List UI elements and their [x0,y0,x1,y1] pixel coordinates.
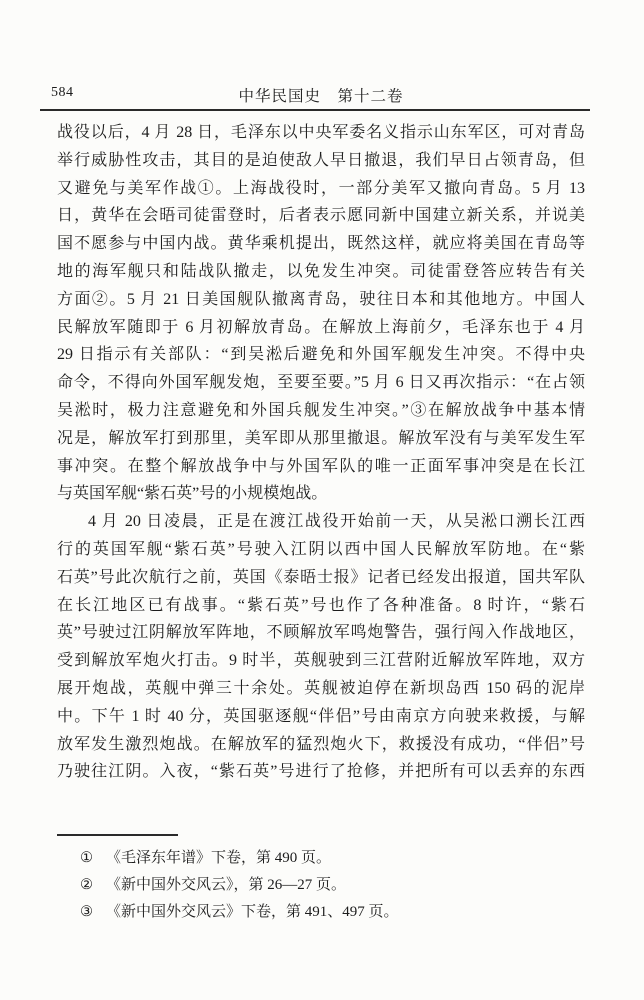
text-line: 在长江地区已有战事。“紫石英”号也作了各种准备。8 时许，“紫石 [57,592,585,620]
footnotes: ①《毛泽东年谱》下卷，第 490 页。②《新中国外交风云》，第 26—27 页。… [57,845,585,926]
header-rule [40,109,590,111]
footnote-item: ②《新中国外交风云》，第 26—27 页。 [57,872,585,899]
text-line: 展开炮战，英舰中弹三十余处。英舰被迫停在新坝岛西 150 码的泥岸 [57,675,585,703]
text-line: 与英国军舰“紫石英”号的小规模炮战。 [57,480,585,508]
text-line: 命令，不得向外国军舰发炮，至要至要。”5 月 6 日又再次指示：“在占领 [57,369,585,397]
footnote-item: ①《毛泽东年谱》下卷，第 490 页。 [57,845,585,872]
footnote-marker: ③ [80,899,93,926]
text-line: 举行威胁性攻击，其目的是迫使敌人早日撤退，我们早日占领青岛，但 [57,147,585,175]
footnote-text: 《新中国外交风云》，第 26—27 页。 [106,872,585,899]
text-line: 地的海军舰只和陆战队撤走，以免发生冲突。司徒雷登答应转告有关 [57,258,585,286]
text-line: 吴淞时，极力注意避免和外国兵舰发生冲突。”③在解放战争中基本情 [57,397,585,425]
text-line: 29 日指示有关部队：“到吴淞后避免和外国军舰发生冲突。不得中央 [57,341,585,369]
footnote-item: ③《新中国外交风云》下卷，第 491、497 页。 [57,899,585,926]
running-head: 584 中华民国史 第十二卷 [57,84,585,104]
book-page: 584 中华民国史 第十二卷 战役以后，4 月 28 日，毛泽东以中央军委名义指… [0,0,644,1000]
text-line: 石英”号此次航行之前，英国《泰晤士报》记者已经发出报道，国共军队 [57,564,585,592]
text-line: 4 月 20 日凌晨，正是在渡江战役开始前一天，从吴淞口溯长江西 [57,508,585,536]
text-line: 日，黄华在会晤司徒雷登时，后者表示愿同新中国建立新关系，并说美 [57,202,585,230]
text-line: 事冲突。在整个解放战争中与外国军队的唯一正面军事冲突是在长江 [57,453,585,481]
footnote-marker: ② [80,872,93,899]
text-line: 民解放军随即于 6 月初解放青岛。在解放上海前夕，毛泽东也于 4 月 [57,314,585,342]
body-text: 战役以后，4 月 28 日，毛泽东以中央军委名义指示山东军区，可对青岛举行威胁性… [57,119,585,786]
text-line: 乃驶往江阴。入夜，“紫石英”号进行了抢修，并把所有可以丢弃的东西 [57,758,585,786]
footnote-text: 《毛泽东年谱》下卷，第 490 页。 [106,845,585,872]
footnote-marker: ① [80,845,93,872]
text-line: 放军发生激烈炮战。在解放军的猛烈炮火下，救援没有成功，“伴侣”号 [57,731,585,759]
text-line: 方面②。5 月 21 日美国舰队撤离青岛，驶往日本和其他地方。中国人 [57,286,585,314]
text-line: 中。下午 1 时 40 分，英国驱逐舰“伴侣”号由南京方向驶来救援，与解 [57,703,585,731]
text-line: 英”号驶过江阴解放军阵地，不顾解放军鸣炮警告，强行闯入作战地区， [57,619,585,647]
footnote-separator [57,834,178,836]
text-line: 国不愿参与中国内战。黄华乘机提出，既然这样，就应将美国在青岛等 [57,230,585,258]
text-line: 受到解放军炮火打击。9 时半，英舰驶到三江营附近解放军阵地，双方 [57,647,585,675]
text-line: 行的英国军舰“紫石英”号驶入江阴以西中国人民解放军防地。在“紫 [57,536,585,564]
text-line: 战役以后，4 月 28 日，毛泽东以中央军委名义指示山东军区，可对青岛 [57,119,585,147]
header-title: 中华民国史 第十二卷 [57,84,585,106]
text-line: 又避免与美军作战①。上海战役时，一部分美军又撤向青岛。5 月 13 [57,175,585,203]
footnote-text: 《新中国外交风云》下卷，第 491、497 页。 [106,899,585,926]
text-line: 况是，解放军打到那里，美军即从那里撤退。解放军没有与美军发生军 [57,425,585,453]
